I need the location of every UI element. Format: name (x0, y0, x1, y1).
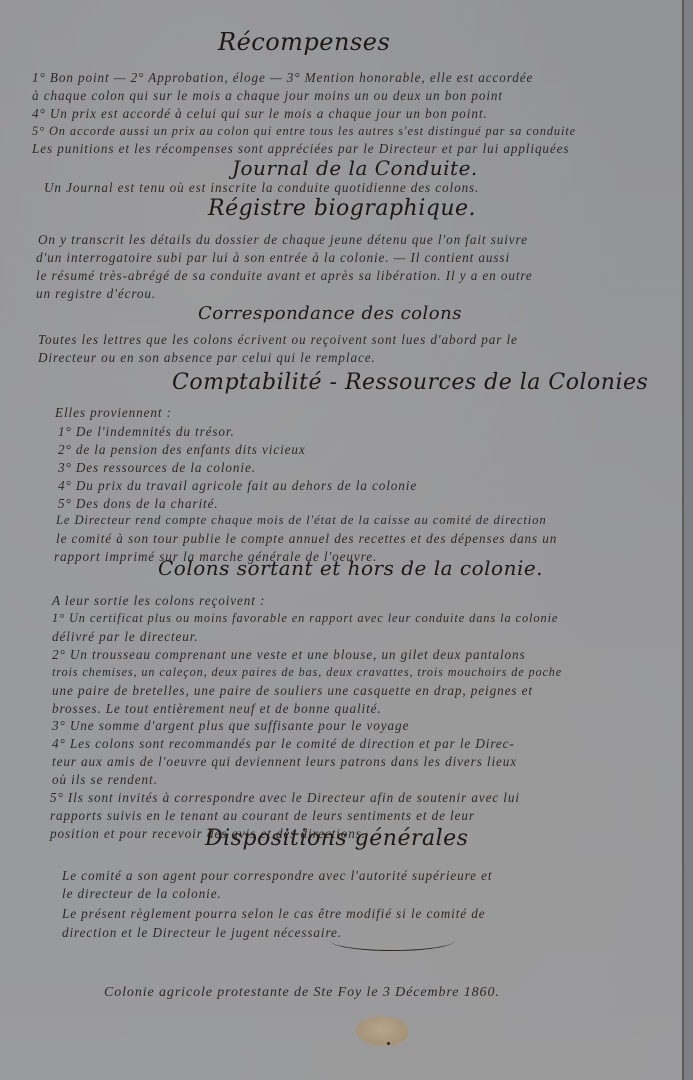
signature-place-date: Colonie agricole protestante de Ste Foy … (104, 985, 500, 1001)
text-line: le résumé très-abrégé de sa conduite ava… (36, 268, 533, 284)
text-line: où ils se rendent. (52, 772, 158, 788)
heading-dispositions-generales: Dispositions générales (205, 826, 468, 851)
text-line: délivré par le directeur. (52, 629, 199, 645)
text-line: direction et le Directeur le jugent néce… (62, 925, 342, 941)
text-line: Le comité a son agent pour correspondre … (62, 868, 492, 884)
text-line: le comité à son tour publie le compte an… (56, 531, 557, 547)
text-line: 5° Des dons de la charité. (58, 496, 219, 512)
heading-journal-conduite: Journal de la Conduite. (232, 156, 478, 180)
text-line: 4° Les colons sont recommandés par le co… (52, 736, 515, 752)
paper-stain (356, 1016, 408, 1046)
text-line: 1° Un certificat plus ou moins favorable… (52, 611, 558, 626)
text-line: 3° Des ressources de la colonie. (58, 460, 256, 476)
text-line: Le Directeur rend compte chaque mois de … (56, 513, 547, 528)
text-line: 2° Un trousseau comprenant une veste et … (52, 647, 526, 663)
text-line: teur aux amis de l'oeuvre qui deviennent… (52, 754, 517, 770)
heading-colons-sortant: Colons sortant et hors de la colonie. (158, 556, 543, 580)
text-line: 5° Ils sont invités à correspondre avec … (50, 790, 520, 806)
paper-stain-dot (387, 1042, 390, 1045)
text-line: Directeur ou en son absence par celui qu… (38, 350, 376, 366)
page-border-line (682, 0, 684, 1080)
text-line: On y transcrit les détails du dossier de… (38, 232, 528, 248)
text-line: un registre d'écrou. (36, 286, 156, 302)
text-line: 2° de la pension des enfants dits vicieu… (58, 442, 306, 458)
text-line: trois chemises, un caleçon, deux paires … (52, 665, 562, 680)
text-line: Elles proviennent : (55, 405, 172, 421)
text-line: 4° Du prix du travail agricole fait au d… (58, 478, 417, 494)
heading-comptabilite: Comptabilité - Ressources de la Colonies (172, 370, 648, 395)
text-line: 4° Un prix est accordé à celui qui sur l… (32, 106, 488, 122)
text-line: 3° Une somme d'argent plus que suffisant… (52, 718, 409, 734)
heading-correspondance: Correspondance des colons (198, 303, 462, 324)
text-line: une paire de bretelles, une paire de sou… (52, 683, 533, 699)
text-line: Toutes les lettres que les colons écrive… (38, 332, 518, 348)
text-line: 1° De l'indemnités du trésor. (58, 424, 235, 440)
text-line: 1° Bon point — 2° Approbation, éloge — 3… (32, 70, 533, 86)
text-line: A leur sortie les colons reçoivent : (52, 593, 265, 609)
page-edge (684, 0, 693, 1080)
text-line: 5° On accorde aussi un prix au colon qui… (32, 124, 576, 139)
text-line: Un Journal est tenu où est inscrite la c… (44, 180, 479, 196)
text-line: à chaque colon qui sur le mois a chaque … (32, 88, 503, 104)
heading-registre-biographique: Régistre biographique. (208, 196, 476, 221)
document-page: Récompenses 1° Bon point — 2° Approbatio… (0, 0, 693, 1080)
text-line: Le présent règlement pourra selon le cas… (62, 906, 485, 922)
text-line: Les punitions et les récompenses sont ap… (32, 141, 569, 157)
text-line: rapports suivis en le tenant au courant … (50, 808, 475, 824)
text-line: brosses. Le tout entièrement neuf et de … (52, 701, 382, 717)
decorative-flourish (330, 930, 455, 951)
text-line: d'un interrogatoire subi par lui à son e… (36, 250, 510, 266)
text-line: le directeur de la colonie. (62, 886, 222, 902)
heading-recompenses: Récompenses (218, 28, 390, 56)
